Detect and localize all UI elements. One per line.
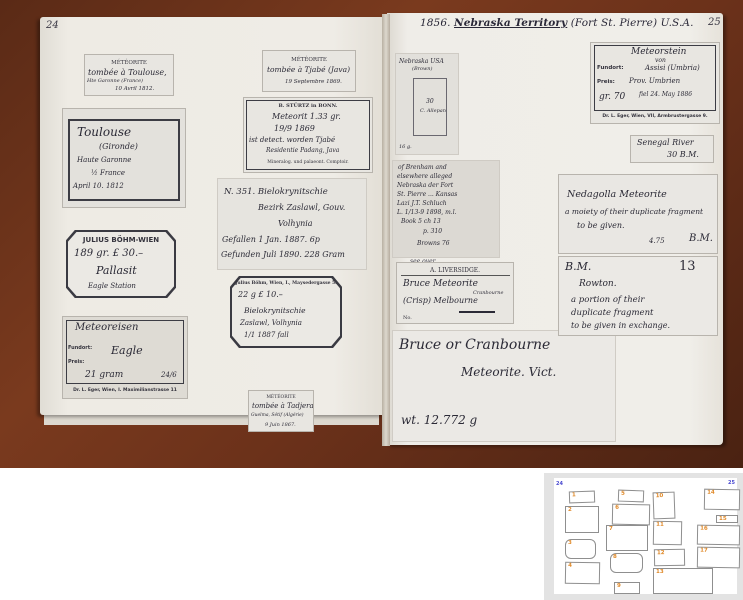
label-12-liversidge: A. LIVERSIDGE. Bruce Meteorite Cranbourn…	[396, 262, 514, 324]
label-7-bielokrynitschie: N. 351. Bielokrynitschie Bezirk Zaslawl,…	[217, 178, 367, 270]
right-page-header: 1856. Nebraska Territory (Fort St. Pierr…	[420, 17, 694, 29]
key-box-8: 8	[610, 553, 643, 573]
label-14-meteorstein-assisi: Meteorstein von Fundort: Assisi (Umbria)…	[590, 42, 720, 124]
key-box-1: 1	[569, 491, 595, 504]
key-box-16: 16	[697, 525, 740, 546]
key-box-7: 7	[606, 525, 648, 551]
label-11-nebraska-notes: of Brenham and elsewhere alleged Nebrask…	[392, 160, 500, 258]
key-box-10: 10	[653, 492, 676, 520]
page-number-right: 25	[708, 17, 721, 28]
key-box-14: 14	[704, 489, 740, 511]
book-spine	[382, 14, 390, 446]
label-4-meteoreisen-eagle: Meteoreisen Fundort: Eagle Preis: 21 gra…	[62, 316, 188, 399]
key-box-2: 2	[565, 506, 599, 533]
key-box-17: 17	[697, 547, 740, 569]
label-8-bohm-bielokrynitschie: Julius Böhm, Wien, I., Maysedergasse 5. …	[230, 276, 342, 348]
label-5-tjabe: MÉTÉORITE tombée à Tjabé (Java) 19 Septe…	[262, 50, 356, 92]
label-16-nedagolla: Nedagolla Meteorite a moiety of their du…	[558, 174, 718, 254]
page-number-left: 24	[46, 20, 59, 31]
key-box-11: 11	[653, 521, 682, 546]
key-box-3: 3	[565, 539, 596, 559]
label-1-toulouse: MÉTÉORITE tombée à Toulouse, Hte Garonne…	[84, 54, 174, 96]
label-9-tadjera: MÉTÉORITE tombée à Tadjera Guelma, Sétif…	[248, 390, 314, 432]
key-box-15: 15	[716, 515, 738, 523]
label-10-nebraska-tissue: Nebraska USA (Brown) 30 C. Allepan 16 g.	[395, 53, 459, 155]
key-diagram-canvas: 24 25 1 2 3 4 5 6 7 8 9 10 11 12 13 14 1…	[554, 478, 737, 594]
key-box-12: 12	[654, 549, 685, 567]
key-box-9: 9	[614, 582, 640, 594]
label-key-diagram: 24 25 1 2 3 4 5 6 7 8 9 10 11 12 13 14 1…	[544, 473, 743, 600]
key-box-6: 6	[612, 504, 650, 526]
key-box-4: 4	[565, 562, 600, 585]
key-page-right: 25	[728, 480, 735, 486]
label-6-stuertz-bonn: B. STÜRTZ in BONN. Meteorit 1.33 gr. 19/…	[243, 97, 373, 173]
key-page-left: 24	[556, 481, 563, 487]
label-17-rowton: B.M. 13 Rowton. a portion of their dupli…	[558, 256, 718, 336]
label-3-bohm-pallasit: JULIUS BÖHM-WIEN 189 gr. £ 30.– Pallasit…	[66, 230, 176, 298]
key-box-5: 5	[618, 490, 644, 503]
label-13-bruce-cranbourne: Bruce or Cranbourne Meteorite. Vict. wt.…	[392, 330, 616, 442]
key-box-13: 13	[653, 568, 713, 594]
label-15-senegal-river: Senegal River 30 B.M.	[630, 135, 714, 163]
header-place: Nebraska Territory	[454, 17, 567, 29]
label-2-toulouse-framed: Toulouse (Gironde) Haute Garonne ½ Franc…	[62, 108, 186, 208]
header-detail: (Fort St. Pierre) U.S.A.	[571, 17, 694, 29]
header-year: 1856.	[420, 17, 451, 29]
album-photo: 24 25 1856. Nebraska Territory (Fort St.…	[0, 0, 743, 468]
